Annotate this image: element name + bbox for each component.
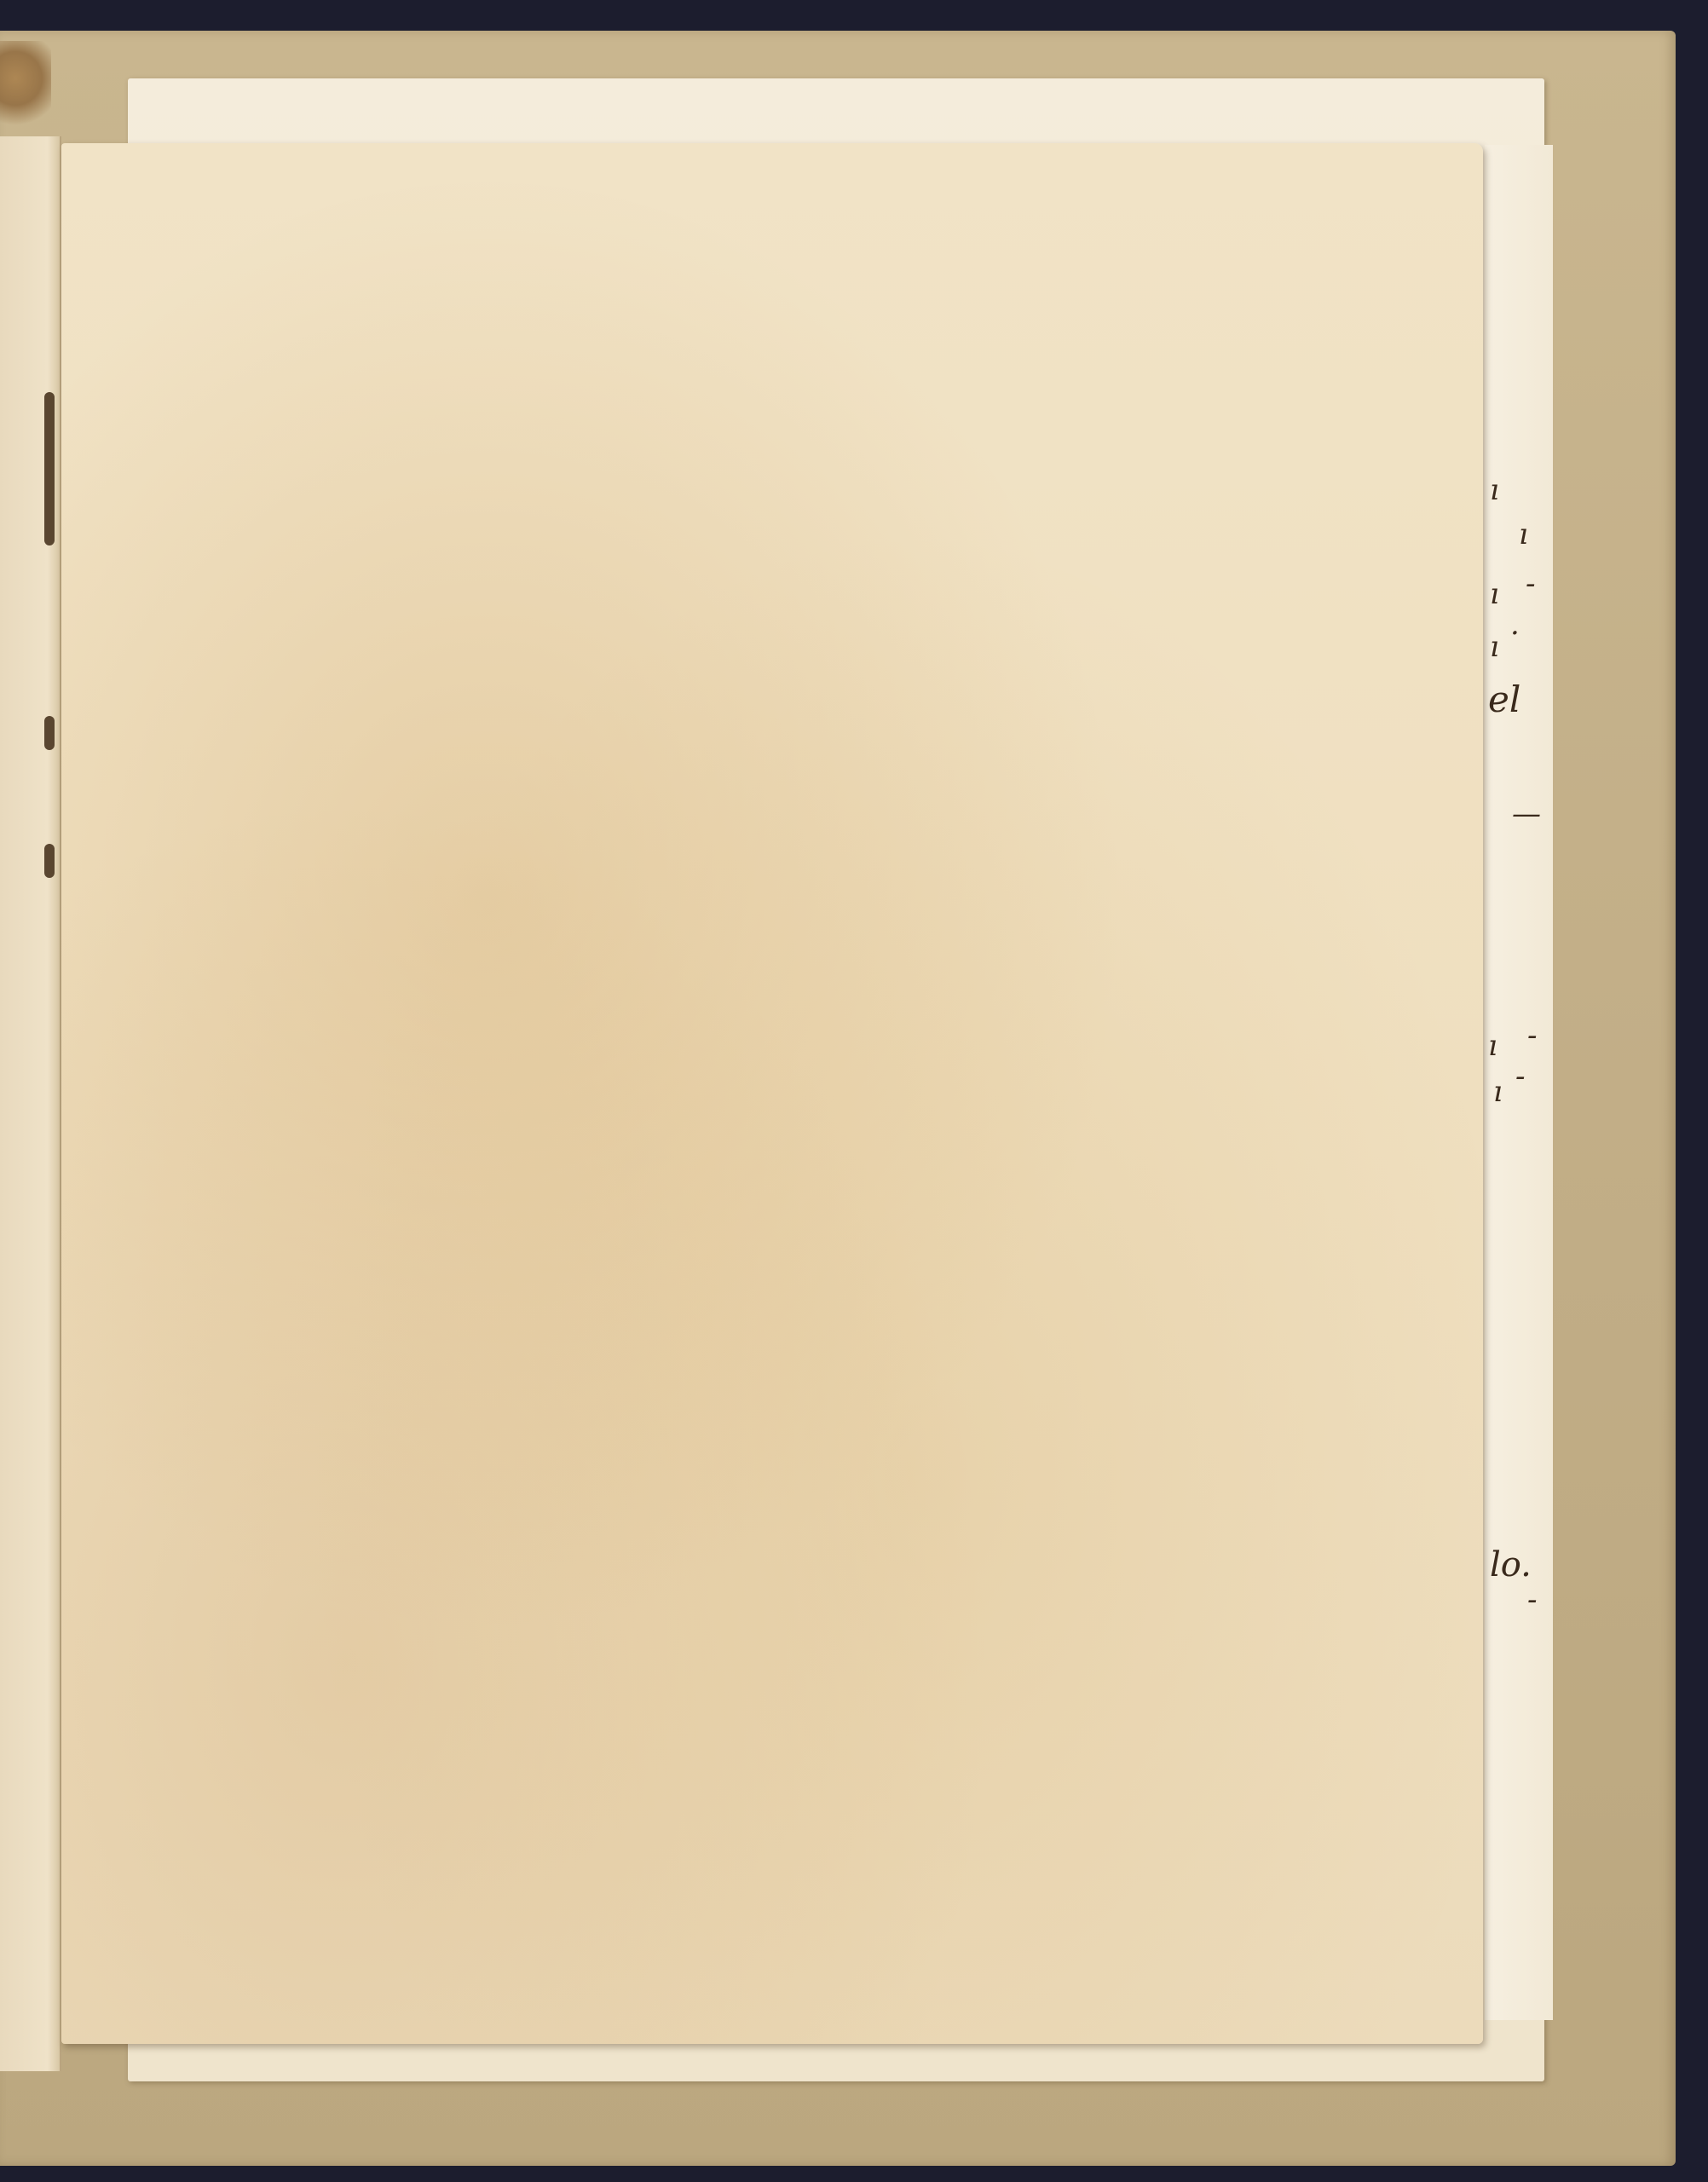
stitch-hole — [44, 844, 55, 878]
stitch-hole — [44, 392, 55, 545]
margin-note: — — [1512, 799, 1541, 828]
margin-note: ı — [1488, 1031, 1497, 1060]
margin-note: ı — [1490, 476, 1499, 505]
margin-note: lo. — [1490, 1548, 1532, 1582]
page-margin-strip: ı ı - ı · ı el — - ı - ı - lo. — [1485, 145, 1553, 2020]
margin-note: - — [1527, 1021, 1538, 1050]
margin-note: · — [1510, 619, 1520, 648]
margin-note: - — [1515, 1062, 1526, 1091]
margin-note: el — [1488, 682, 1520, 718]
margin-note: ı — [1519, 520, 1528, 549]
margin-note: ı — [1493, 1077, 1503, 1106]
blank-page — [61, 143, 1483, 2044]
stitch-hole — [44, 716, 55, 750]
margin-note: - — [1527, 1585, 1538, 1614]
margin-note: ı — [1490, 632, 1499, 661]
left-leaf-edge — [0, 136, 61, 2071]
margin-note: - — [1526, 569, 1536, 598]
binding-thread — [0, 41, 51, 135]
margin-note: ı — [1490, 580, 1499, 609]
